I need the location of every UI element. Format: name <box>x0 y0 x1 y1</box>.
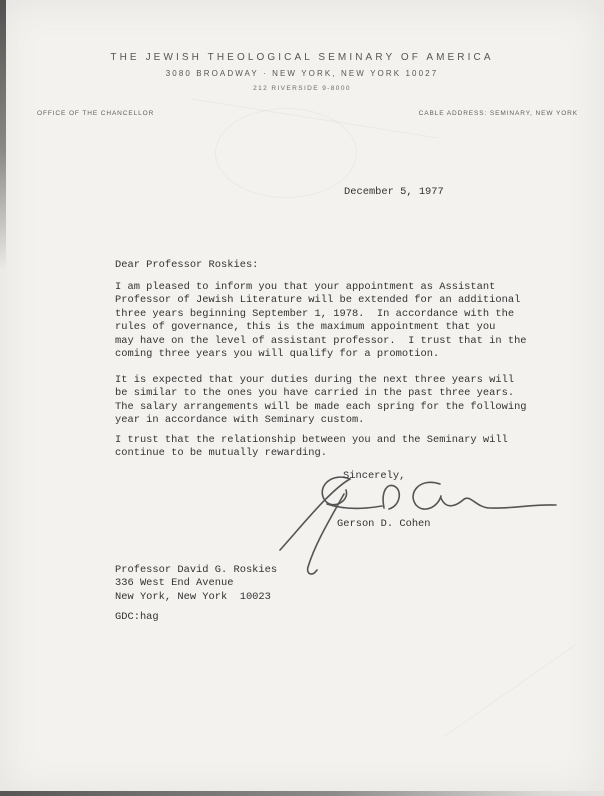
body-paragraph-2: It is expected that your duties during t… <box>115 374 527 428</box>
recipient-address-block: Professor David G. Roskies 336 West End … <box>115 564 277 604</box>
letterhead-phone-line: 212 RIVERSIDE 9-8000 <box>0 85 604 92</box>
scanned-letter-page: THE JEWISH THEOLOGICAL SEMINARY OF AMERI… <box>0 0 604 796</box>
letterhead-street-address: 3080 BROADWAY · NEW YORK, NEW YORK 10027 <box>0 69 604 78</box>
paper-crease <box>444 644 576 737</box>
date-line: December 5, 1977 <box>344 186 444 199</box>
signer-typed-name: Gerson D. Cohen <box>337 518 431 531</box>
body-paragraph-3: I trust that the relationship between yo… <box>115 434 508 461</box>
scan-edge-shadow-left <box>0 0 6 270</box>
body-paragraph-1: I am pleased to inform you that your app… <box>115 281 527 361</box>
scan-edge-shadow-bottom <box>0 791 604 796</box>
embossed-seal-mark <box>215 108 357 198</box>
letterhead-office-of-chancellor: OFFICE OF THE CHANCELLOR <box>37 110 154 117</box>
paper-crease <box>191 98 438 138</box>
reference-initials: GDC:hag <box>115 611 159 624</box>
letterhead-cable-address: CABLE ADDRESS: SEMINARY, NEW YORK <box>419 110 578 117</box>
letterhead-organization-name: THE JEWISH THEOLOGICAL SEMINARY OF AMERI… <box>0 52 604 63</box>
closing-sincerely: Sincerely, <box>343 470 405 483</box>
salutation: Dear Professor Roskies: <box>115 259 258 272</box>
